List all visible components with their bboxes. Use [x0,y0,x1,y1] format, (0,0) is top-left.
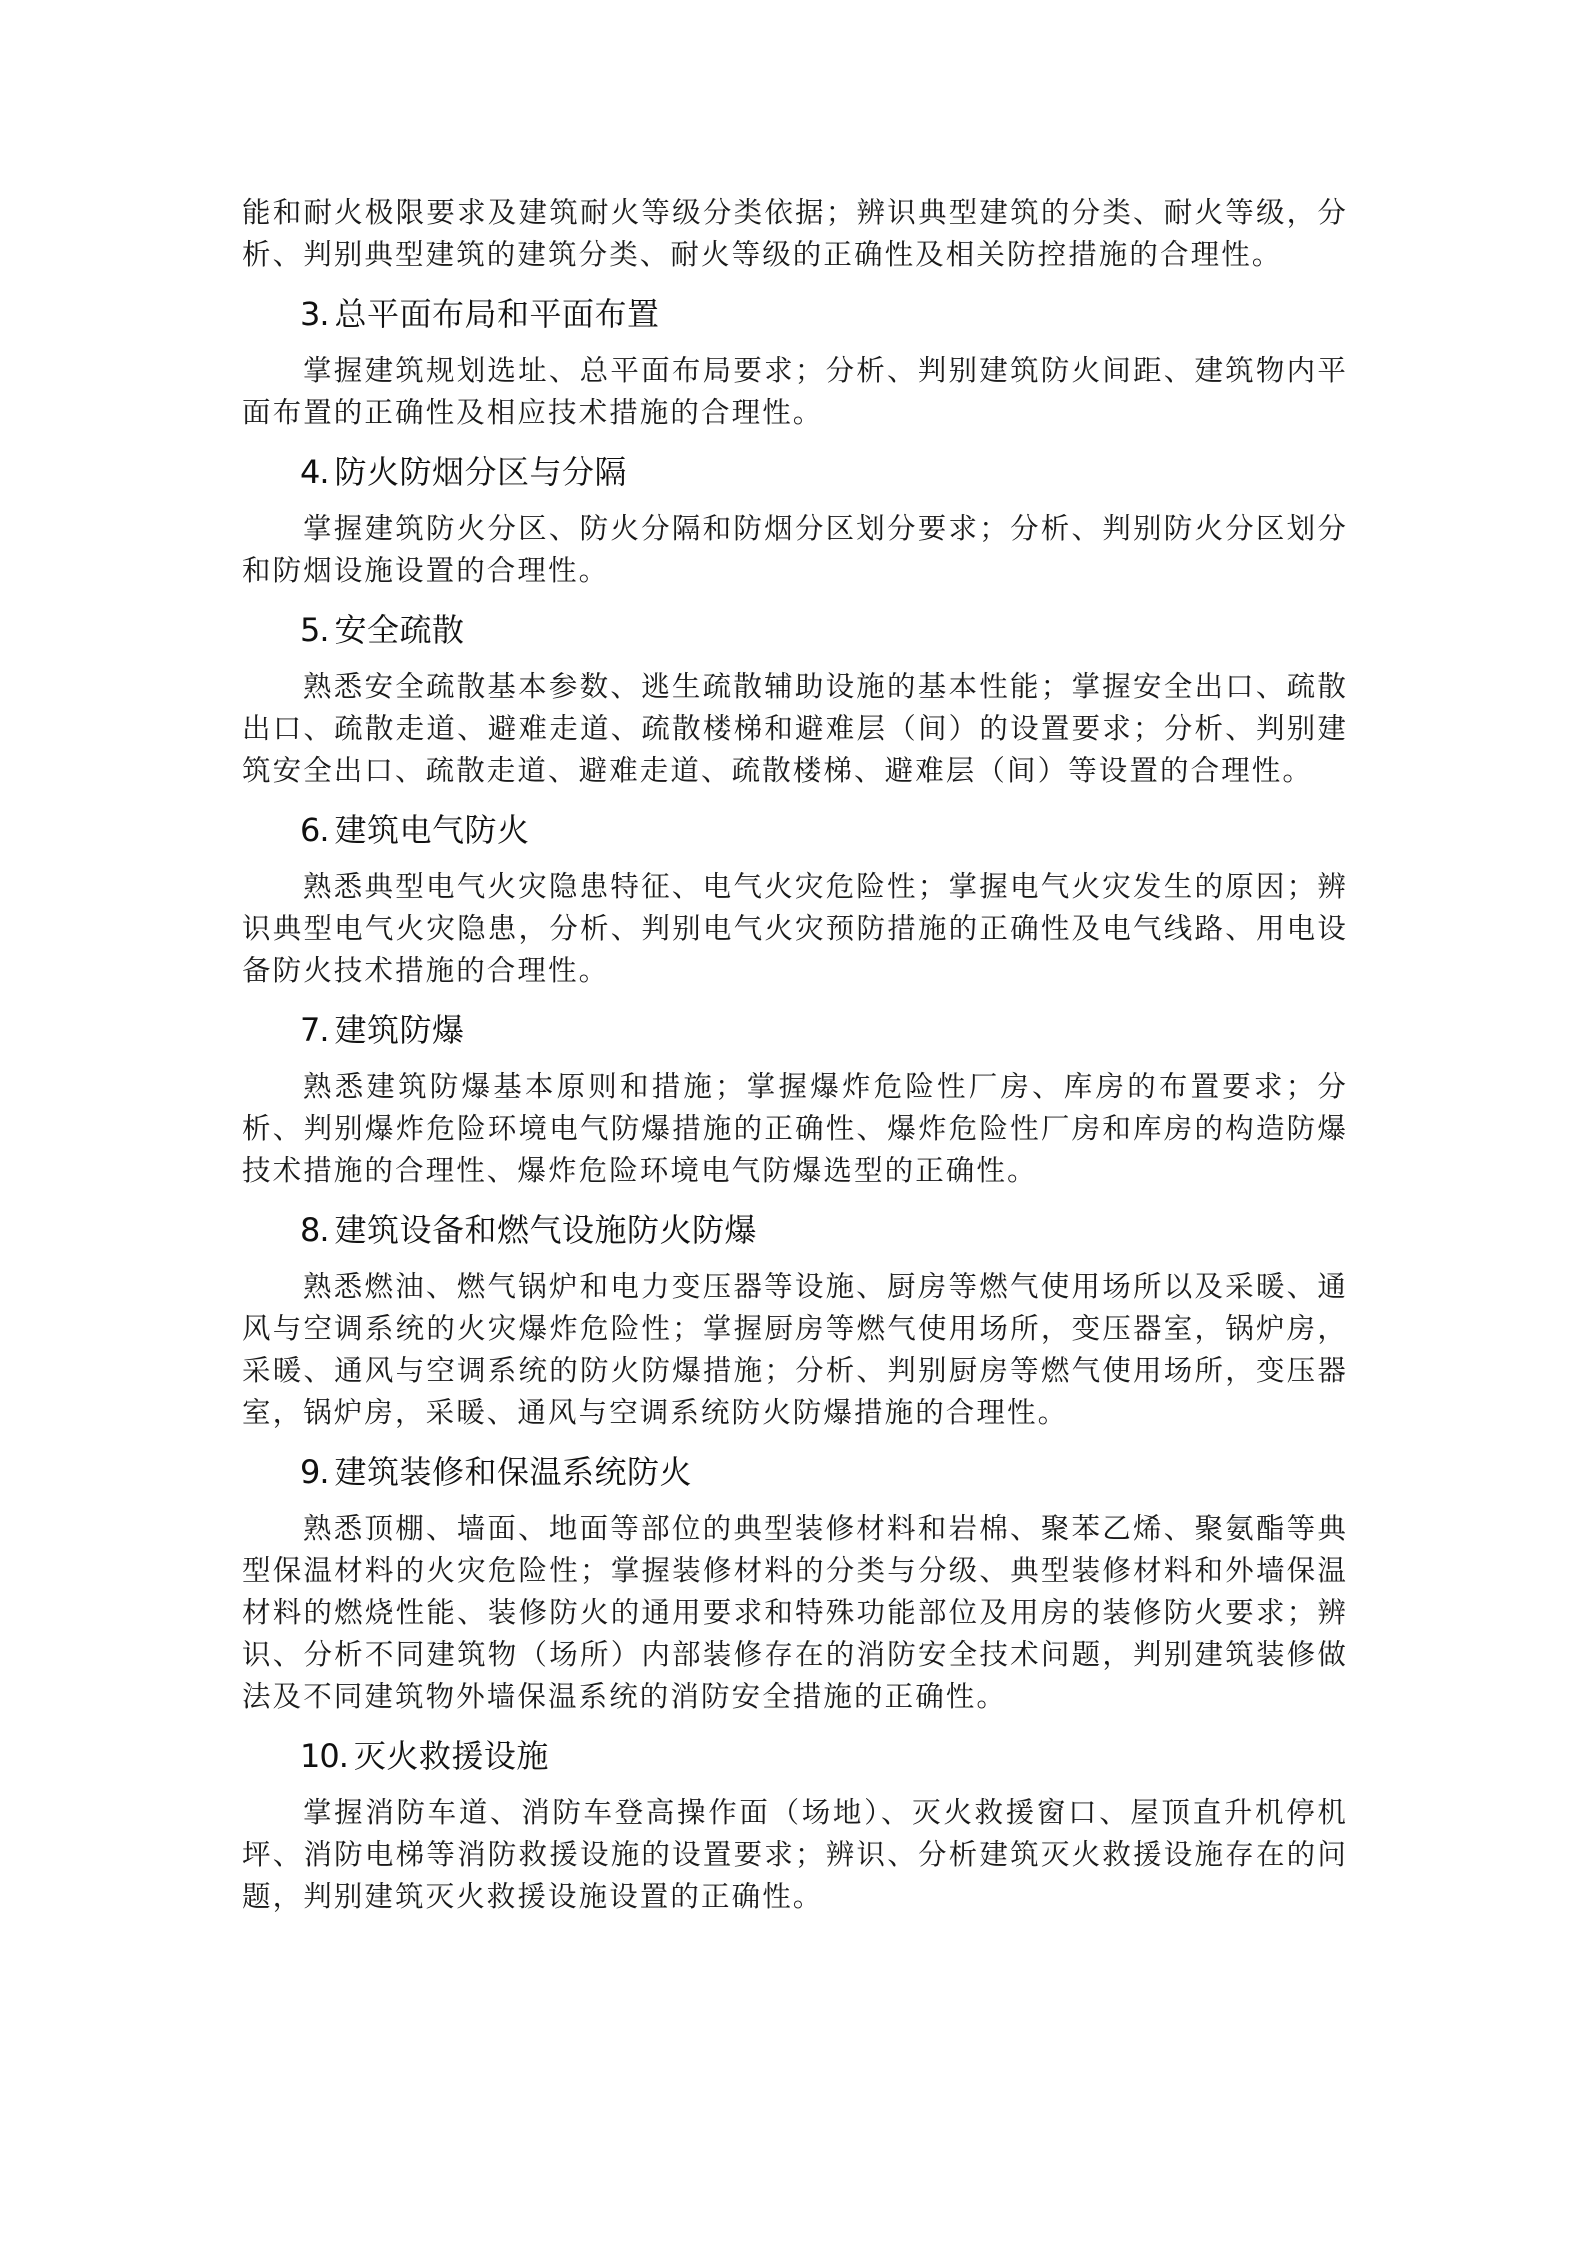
section-number: 3. [300,295,329,333]
section-title: 防火防烟分区与分隔 [335,453,628,491]
section-heading: 4.防火防烟分区与分隔 [300,452,1348,492]
section-10: 10.灭火救援设施 掌握消防车道、消防车登高操作面（场地）、灭火救援窗口、屋顶直… [242,1736,1348,1918]
section-4: 4.防火防烟分区与分隔 掌握建筑防火分区、防火分隔和防烟分区划分要求；分析、判别… [242,452,1348,592]
section-number: 5. [300,611,329,649]
intro-paragraph: 能和耐火极限要求及建筑耐火等级分类依据；辨识典型建筑的分类、耐火等级，分析、判别… [242,192,1348,276]
section-number: 8. [300,1211,329,1249]
section-heading: 8.建筑设备和燃气设施防火防爆 [300,1210,1348,1250]
document-page: 能和耐火极限要求及建筑耐火等级分类依据；辨识典型建筑的分类、耐火等级，分析、判别… [242,192,1348,1918]
section-title: 建筑防爆 [335,1011,465,1049]
section-number: 10. [300,1737,348,1775]
section-number: 7. [300,1011,329,1049]
section-title: 建筑电气防火 [335,811,530,849]
section-heading: 6.建筑电气防火 [300,810,1348,850]
section-5: 5.安全疏散 熟悉安全疏散基本参数、逃生疏散辅助设施的基本性能；掌握安全出口、疏… [242,610,1348,792]
section-number: 4. [300,453,329,491]
section-heading: 9.建筑装修和保温系统防火 [300,1452,1348,1492]
section-heading: 3.总平面布局和平面布置 [300,294,1348,334]
section-body: 熟悉顶棚、墙面、地面等部位的典型装修材料和岩棉、聚苯乙烯、聚氨酯等典型保温材料的… [242,1508,1348,1718]
section-number: 6. [300,811,329,849]
section-title: 总平面布局和平面布置 [335,295,660,333]
section-title: 灭火救援设施 [354,1737,549,1775]
section-body: 熟悉建筑防爆基本原则和措施；掌握爆炸危险性厂房、库房的布置要求；分析、判别爆炸危… [242,1066,1348,1192]
section-title: 建筑装修和保温系统防火 [335,1453,693,1491]
section-number: 9. [300,1453,329,1491]
section-6: 6.建筑电气防火 熟悉典型电气火灾隐患特征、电气火灾危险性；掌握电气火灾发生的原… [242,810,1348,992]
section-7: 7.建筑防爆 熟悉建筑防爆基本原则和措施；掌握爆炸危险性厂房、库房的布置要求；分… [242,1010,1348,1192]
section-3: 3.总平面布局和平面布置 掌握建筑规划选址、总平面布局要求；分析、判别建筑防火间… [242,294,1348,434]
section-heading: 5.安全疏散 [300,610,1348,650]
section-body: 掌握建筑防火分区、防火分隔和防烟分区划分要求；分析、判别防火分区划分和防烟设施设… [242,508,1348,592]
section-heading: 7.建筑防爆 [300,1010,1348,1050]
section-body: 熟悉安全疏散基本参数、逃生疏散辅助设施的基本性能；掌握安全出口、疏散出口、疏散走… [242,666,1348,792]
section-body: 掌握建筑规划选址、总平面布局要求；分析、判别建筑防火间距、建筑物内平面布置的正确… [242,350,1348,434]
section-body: 熟悉燃油、燃气锅炉和电力变压器等设施、厨房等燃气使用场所以及采暖、通风与空调系统… [242,1266,1348,1434]
section-8: 8.建筑设备和燃气设施防火防爆 熟悉燃油、燃气锅炉和电力变压器等设施、厨房等燃气… [242,1210,1348,1434]
section-title: 安全疏散 [335,611,465,649]
section-body: 熟悉典型电气火灾隐患特征、电气火灾危险性；掌握电气火灾发生的原因；辨识典型电气火… [242,866,1348,992]
section-title: 建筑设备和燃气设施防火防爆 [335,1211,758,1249]
section-body: 掌握消防车道、消防车登高操作面（场地）、灭火救援窗口、屋顶直升机停机坪、消防电梯… [242,1792,1348,1918]
section-heading: 10.灭火救援设施 [300,1736,1348,1776]
section-9: 9.建筑装修和保温系统防火 熟悉顶棚、墙面、地面等部位的典型装修材料和岩棉、聚苯… [242,1452,1348,1718]
